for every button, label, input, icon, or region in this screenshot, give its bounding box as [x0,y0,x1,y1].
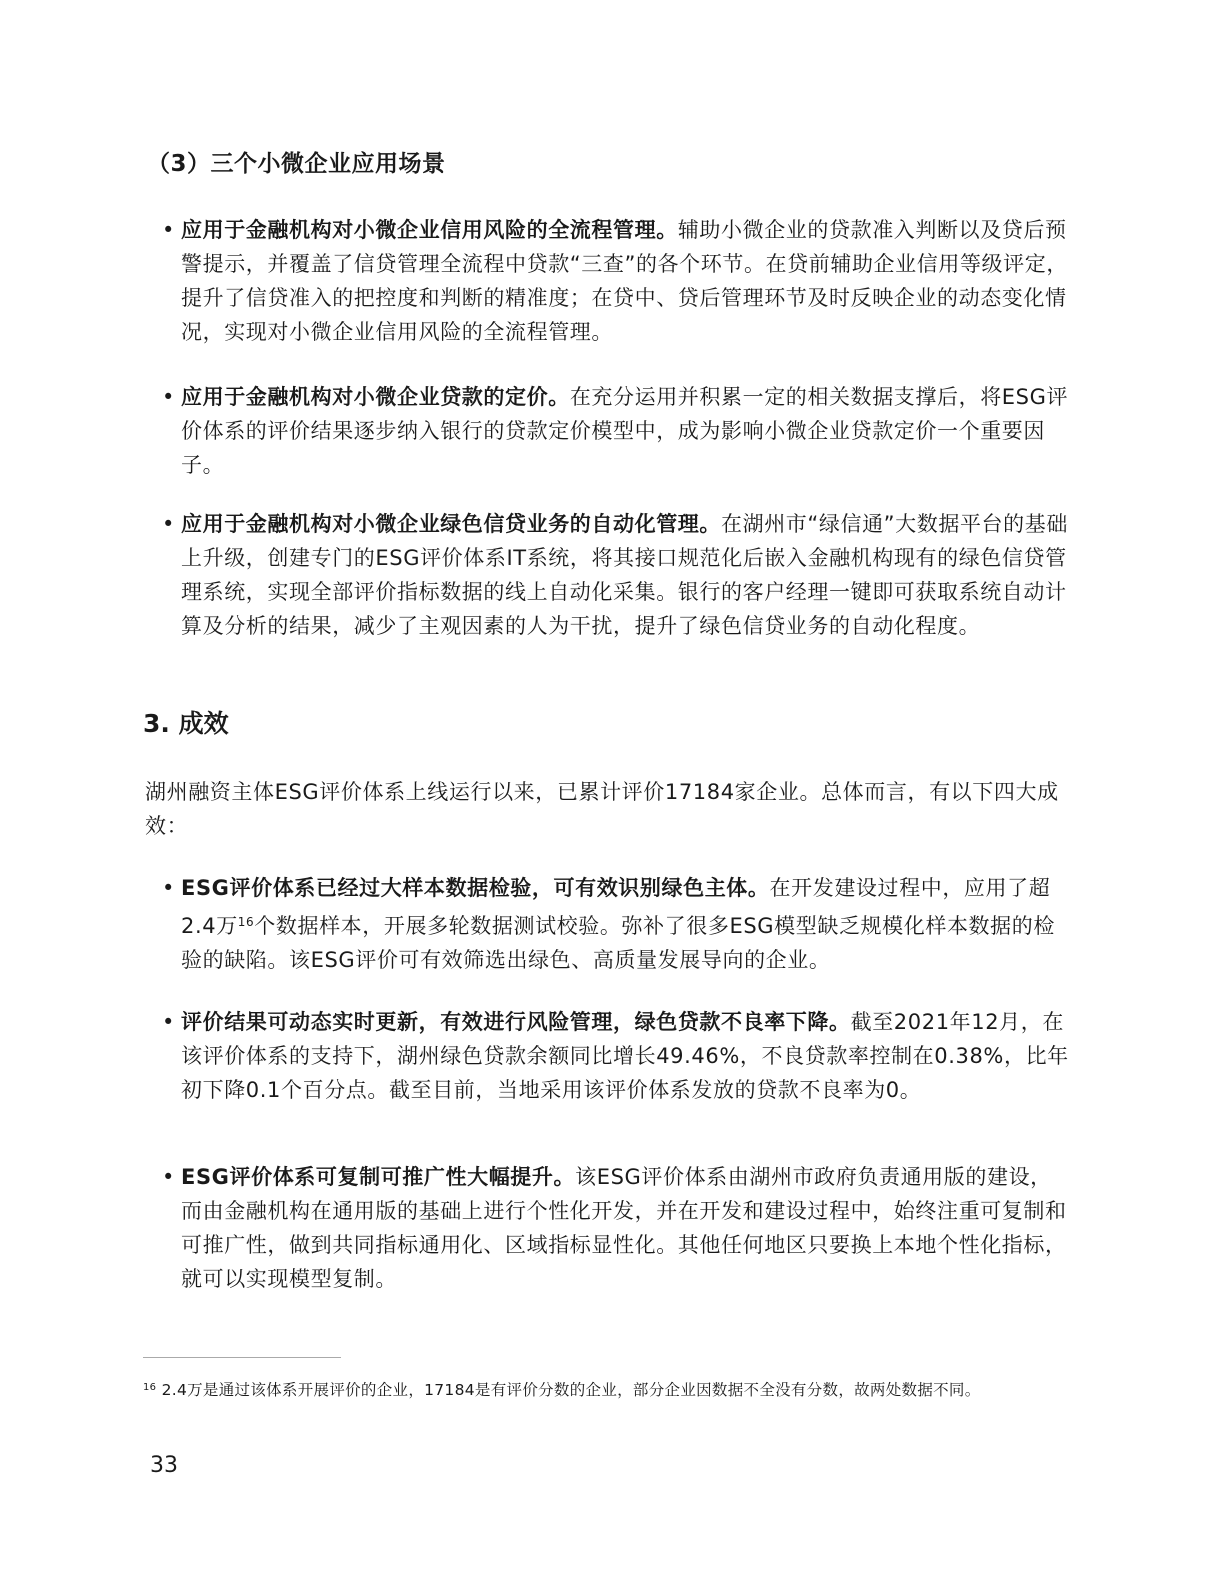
list-item: • ESG评价体系已经过大样本数据检验，可有效识别绿色主体。在开发建设过程中，应… [0,871,1071,977]
bullet-icon: • [162,1005,175,1039]
page-number: 33 [150,1453,178,1478]
scenario-list: • 应用于金融机构对小微企业信用风险的全流程管理。辅助小微企业的贷款准入判断以及… [0,213,1224,349]
results-list: • ESG评价体系已经过大样本数据检验，可有效识别绿色主体。在开发建设过程中，应… [0,871,1224,977]
footnote-divider [143,1357,341,1358]
footnote-number: 16 [143,1382,156,1393]
list-item: • ESG评价体系可复制可推广性大幅提升。该ESG评价体系由湖州市政府负责通用版… [0,1160,1071,1296]
item-lead: 应用于金融机构对小微企业贷款的定价。 [181,385,570,409]
item-lead: 应用于金融机构对小微企业绿色信贷业务的自动化管理。 [181,512,721,536]
scenario-list-3: • 应用于金融机构对小微企业绿色信贷业务的自动化管理。在湖州市“绿信通”大数据平… [0,507,1224,643]
item-lead: ESG评价体系已经过大样本数据检验，可有效识别绿色主体。 [181,876,770,900]
list-item: • 应用于金融机构对小微企业绿色信贷业务的自动化管理。在湖州市“绿信通”大数据平… [0,507,1071,643]
bullet-icon: • [162,213,175,247]
footnote: 16 2.4万是通过该体系开展评价的企业，17184是有评价分数的企业，部分企业… [143,1375,1053,1403]
bullet-icon: • [162,380,175,414]
list-item: • 应用于金融机构对小微企业贷款的定价。在充分运用并积累一定的相关数据支撑后，将… [0,380,1071,482]
bullet-icon: • [162,871,175,905]
results-list-2: • 评价结果可动态实时更新，有效进行风险管理，绿色贷款不良率下降。截至2021年… [0,1005,1224,1107]
bullet-icon: • [162,507,175,541]
section-heading: 3. 成效 [143,704,229,740]
sub-heading: （3）三个小微企业应用场景 [147,145,446,178]
results-list-3: • ESG评价体系可复制可推广性大幅提升。该ESG评价体系由湖州市政府负责通用版… [0,1160,1224,1296]
footnote-text: 2.4万是通过该体系开展评价的企业，17184是有评价分数的企业，部分企业因数据… [162,1381,981,1399]
intro-paragraph: 湖州融资主体ESG评价体系上线运行以来，已累计评价17184家企业。总体而言，有… [145,775,1075,843]
list-item: • 应用于金融机构对小微企业信用风险的全流程管理。辅助小微企业的贷款准入判断以及… [0,213,1071,349]
list-item: • 评价结果可动态实时更新，有效进行风险管理，绿色贷款不良率下降。截至2021年… [0,1005,1071,1107]
bullet-icon: • [162,1160,175,1194]
scenario-list-2: • 应用于金融机构对小微企业贷款的定价。在充分运用并积累一定的相关数据支撑后，将… [0,380,1224,482]
document-page: （3）三个小微企业应用场景 • 应用于金融机构对小微企业信用风险的全流程管理。辅… [0,0,1224,1584]
footnote-ref[interactable]: 16 [238,915,254,929]
item-text-cont: 个数据样本，开展多轮数据测试校验。弥补了很多ESG模型缺乏规模化样本数据的检验的… [181,914,1055,972]
item-lead: 应用于金融机构对小微企业信用风险的全流程管理。 [181,218,678,242]
item-lead: ESG评价体系可复制可推广性大幅提升。 [181,1165,575,1189]
item-lead: 评价结果可动态实时更新，有效进行风险管理，绿色贷款不良率下降。 [181,1010,851,1034]
